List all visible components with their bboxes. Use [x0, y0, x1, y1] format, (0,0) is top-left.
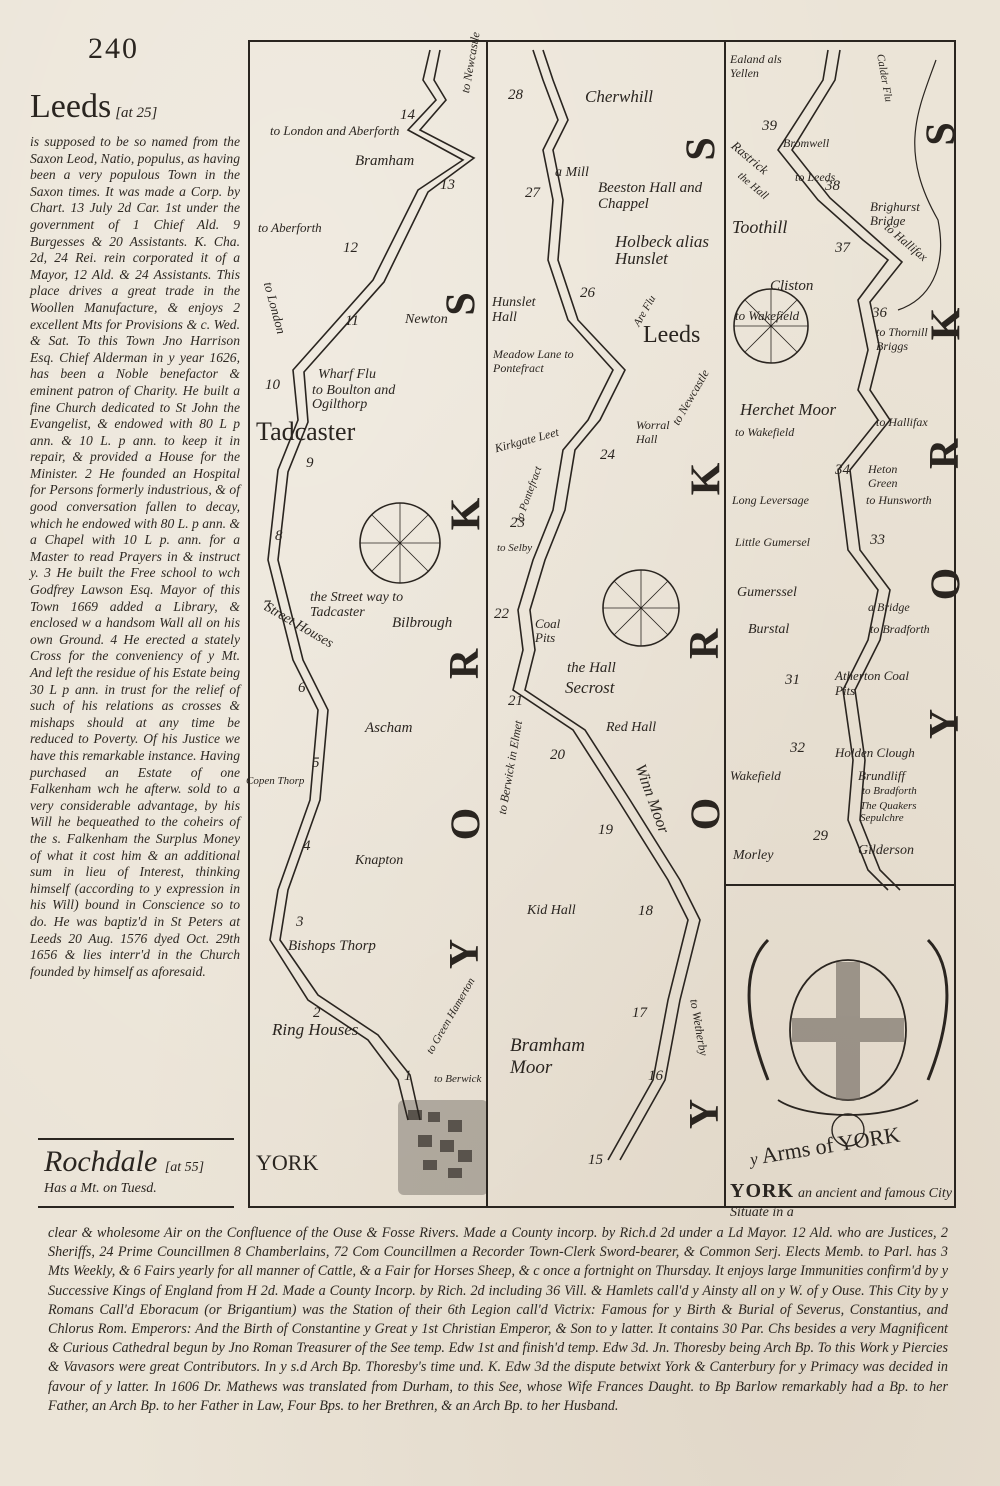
county-letter-r-2: R [681, 629, 729, 659]
mile-8: 8 [275, 528, 283, 545]
label-to-hallifax-2: to Hallifax [876, 415, 928, 430]
mile-26: 26 [580, 285, 595, 302]
county-letter-k: K [442, 498, 490, 531]
leeds-description: Leeds[at 25] is supposed to be so named … [30, 90, 240, 980]
label-beeston-hall: Beeston Hall and Chappel [598, 180, 708, 212]
label-bishops-thorp: Bishops Thorp [288, 938, 376, 955]
mile-11: 11 [345, 313, 359, 330]
york-heading: YORK [730, 1180, 794, 1202]
label-wharf-flu: Wharf Flu [318, 367, 376, 383]
mile-28: 28 [508, 87, 523, 104]
mile-3: 3 [296, 914, 304, 931]
county-letter-s-2: S [678, 137, 726, 160]
mile-18: 18 [638, 903, 653, 920]
label-heton-green: Heton Green [868, 462, 918, 490]
label-burstal: Burstal [748, 622, 789, 638]
mile-21: 21 [508, 693, 523, 710]
label-cliston: Cliston [770, 278, 813, 295]
label-cherwhill: Cherwhill [585, 87, 653, 107]
york-intro: YORK an ancient and famous City Situate … [730, 1180, 960, 1221]
label-to-bradforth: to Bradforth [870, 622, 930, 637]
leeds-heading: Leeds[at 25] [30, 90, 240, 130]
label-atherton-coal-pits: Atherton Coal Pits [835, 668, 915, 698]
label-wakefield: Wakefield [730, 768, 781, 784]
county-letter-o: O [442, 808, 490, 841]
mile-16: 16 [648, 1068, 663, 1085]
mile-5: 5 [312, 755, 320, 772]
label-kid-hall: Kid Hall [527, 903, 576, 919]
mile-36: 36 [872, 305, 887, 322]
label-long-leversage: Long Leversage [732, 493, 809, 508]
mile-31: 31 [785, 672, 800, 689]
arms-title-prefix: y [749, 1149, 759, 1169]
label-to-london-aberforth: to London and Aberforth [270, 123, 399, 139]
county-letter-r-3: R [921, 439, 969, 469]
mile-34: 34 [835, 462, 850, 479]
label-holbeck-hunslet: Holbeck alias Hunslet [615, 233, 710, 267]
mile-4: 4 [303, 838, 311, 855]
label-the-hall: the Hall [567, 660, 616, 677]
label-red-hall: Red Hall [606, 720, 656, 736]
label-a-mill: a Mill [555, 165, 589, 181]
divider [38, 1138, 234, 1140]
label-bromwell: Bromwell [783, 137, 823, 150]
mile-33: 33 [870, 532, 885, 549]
rochdale-description: Rochdale [at 55] Has a Mt. on Tuesd. [44, 1145, 204, 1197]
county-letter-s: S [438, 292, 486, 315]
label-ring-houses: Ring Houses [272, 1020, 358, 1040]
label-to-wakefield: to Wakefield [735, 308, 799, 324]
mile-19: 19 [598, 822, 613, 839]
label-meadow-lane: Meadow Lane to Pontefract [493, 347, 603, 375]
label-coal-pits: Coal Pits [535, 617, 580, 645]
mile-14: 14 [400, 107, 415, 124]
label-bilbrough: Bilbrough [392, 615, 452, 632]
mile-24: 24 [600, 447, 615, 464]
mile-17: 17 [632, 1005, 647, 1022]
county-letter-o-2: O [682, 798, 730, 831]
leeds-title: Leeds [30, 88, 111, 125]
label-to-berwick: to Berwick [434, 1073, 481, 1085]
label-ealand-yellen: Ealand als Yellen [730, 52, 790, 80]
mile-15: 15 [588, 1152, 603, 1169]
rochdale-text: Has a Mt. on Tuesd. [44, 1181, 204, 1197]
label-bramham-moor: Bramham Moor [510, 1035, 620, 1079]
label-ascham: Ascham [365, 720, 413, 737]
rochdale-title: Rochdale [44, 1145, 157, 1178]
mile-9: 9 [306, 455, 314, 472]
mile-29: 29 [813, 828, 828, 845]
mile-32: 32 [790, 740, 805, 757]
page-number: 240 [88, 32, 139, 66]
label-secrost: Secrost [565, 678, 614, 698]
label-morley: Morley [733, 848, 773, 864]
label-a-bridge: a Bridge [868, 600, 910, 615]
label-to-wakefield-2: to Wakefield [735, 425, 794, 440]
label-to-selby: to Selby [497, 542, 532, 554]
leeds-distance: [at 25] [115, 105, 157, 121]
mile-1: 1 [404, 1068, 412, 1085]
label-brighurst-bridge: Brighurst Bridge [870, 200, 950, 228]
mile-38: 38 [825, 178, 840, 195]
label-knapton: Knapton [355, 853, 403, 869]
label-hunslet-hall: Hunslet Hall [492, 295, 532, 325]
label-toothill: Toothill [732, 217, 787, 238]
label-copen-thorp: Copen Thorp [246, 775, 304, 787]
label-holden-clough: Holden Clough [835, 745, 915, 761]
leeds-text: is supposed to be so named from the Saxo… [30, 134, 240, 980]
mile-27: 27 [525, 185, 540, 202]
label-worral-hall: Worral Hall [636, 418, 686, 446]
county-letter-y-3: Y [921, 709, 969, 739]
york-description-text: clear & wholesome Air on the Confluence … [48, 1224, 948, 1416]
mile-23: 23 [510, 515, 525, 532]
label-leeds: Leeds [643, 322, 700, 349]
county-letter-k-2: K [682, 463, 730, 496]
county-letter-k-3: K [922, 308, 970, 341]
mile-12: 12 [343, 240, 358, 257]
mile-13: 13 [440, 177, 455, 194]
county-letter-y-2: Y [681, 1099, 729, 1129]
mile-37: 37 [835, 240, 850, 257]
label-little-gumersel: Little Gumersel [735, 535, 810, 550]
label-bramham: Bramham [355, 153, 414, 170]
mile-22: 22 [494, 606, 509, 623]
mile-39: 39 [762, 118, 777, 135]
label-tadcaster: Tadcaster [256, 417, 355, 447]
label-gilderson: Gilderson [858, 843, 914, 859]
label-york: YORK [256, 1150, 318, 1176]
label-quakers-sepulchre: The Quakers Sepulchre [860, 800, 940, 824]
county-letter-r: R [441, 649, 489, 679]
label-brundliff: Brundliff [858, 768, 905, 784]
label-herchet-moor: Herchet Moor [740, 400, 836, 420]
mile-6: 6 [298, 680, 306, 697]
mile-20: 20 [550, 747, 565, 764]
county-letter-s-3: S [918, 122, 966, 145]
label-gumerssel: Gumerssel [737, 585, 797, 601]
label-to-boulton-ogilthorp: to Boulton and Ogilthorp [312, 384, 432, 412]
label-to-aberforth: to Aberforth [258, 220, 322, 236]
mile-10: 10 [265, 377, 280, 394]
rochdale-distance: [at 55] [165, 1160, 204, 1175]
county-letter-y: Y [441, 939, 489, 969]
label-to-bradforth-2: to Bradforth [862, 785, 917, 797]
county-letter-o-3: O [922, 568, 970, 601]
label-to-hunsworth: to Hunsworth [866, 493, 932, 508]
divider [38, 1206, 234, 1208]
